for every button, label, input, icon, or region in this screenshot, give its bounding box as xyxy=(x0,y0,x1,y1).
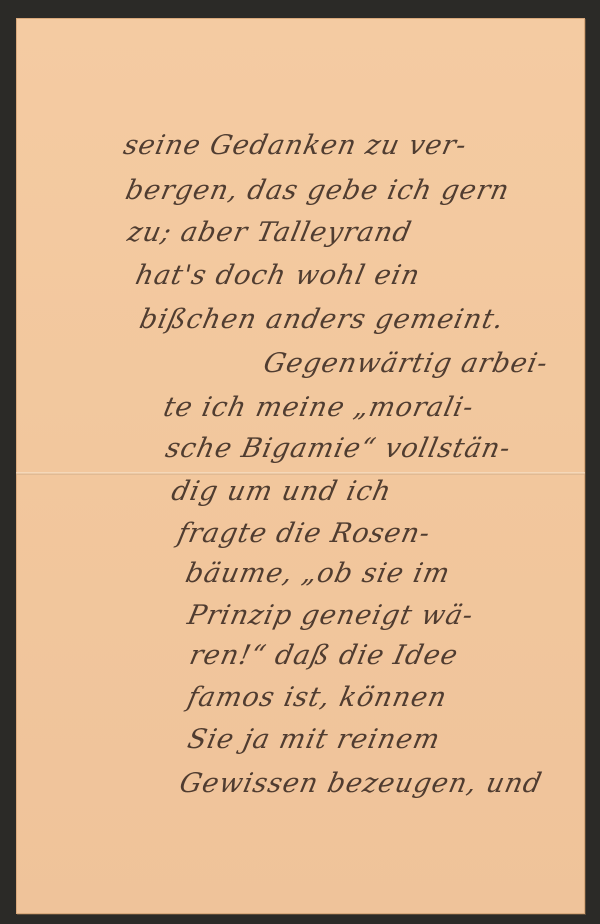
text-line: Gegenwärtig arbei- xyxy=(261,348,551,379)
letter-page: seine Gedanken zu ver- bergen, das gebe … xyxy=(16,18,585,914)
text-line: bißchen anders gemeint. xyxy=(137,304,507,335)
text-line: sche Bigamie“ vollstän- xyxy=(163,433,514,464)
text-line: Sie ja mit reinem xyxy=(185,724,443,755)
text-line: zu; aber Talleyrand xyxy=(125,217,415,248)
text-line: te ich meine „morali- xyxy=(161,392,477,423)
paper-fold-crease xyxy=(16,472,585,475)
text-line: bäume, „ob sie im xyxy=(183,558,454,589)
text-line: hat's doch wohl ein xyxy=(133,260,423,291)
text-line: Prinzip geneigt wä- xyxy=(185,600,477,631)
text-line: Gewissen bezeugen, und xyxy=(177,768,545,799)
text-line: ren!“ daß die Idee xyxy=(187,640,461,671)
text-line: fragte die Rosen- xyxy=(175,518,434,549)
text-line: famos ist, können xyxy=(185,682,450,713)
text-line: bergen, das gebe ich gern xyxy=(123,175,513,206)
text-line: seine Gedanken zu ver- xyxy=(121,130,470,161)
text-line: dig um und ich xyxy=(169,476,395,507)
